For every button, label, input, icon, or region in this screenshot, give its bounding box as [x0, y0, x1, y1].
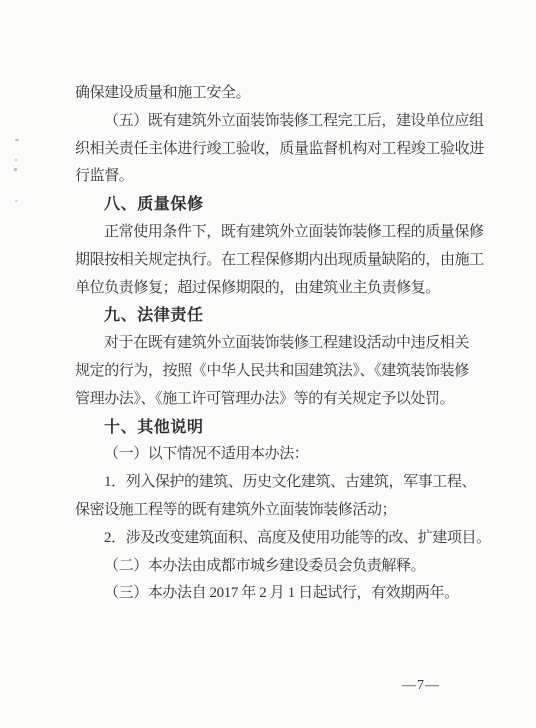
text-line: 1．列入保护的建筑、历史文化建筑、古建筑，军事工程、: [75, 469, 491, 497]
scan-speck: [14, 168, 17, 171]
text-line: 对于在既有建筑外立面装饰装修工程建设活动中违反相关: [75, 330, 491, 358]
text-line: （三）本办法自 2017 年 2 月 1 日起试行，有效期两年。: [75, 580, 491, 608]
text-line: 期限按相关规定执行。在工程保修期内出现质量缺陷的，由施工: [75, 247, 491, 275]
text-line: 行监督。: [75, 163, 491, 191]
text-line: 管理办法》、《施工许可管理办法》等的有关规定予以处罚。: [75, 386, 491, 414]
text-line: 2．涉及改变建筑面积、高度及使用功能等的改、扩建项目。: [75, 525, 491, 553]
text-line: （一）以下情况不适用本办法：: [75, 441, 491, 469]
section-heading: 九、法律责任: [75, 302, 491, 330]
text-line: 单位负责修复；超过保修期限的，由建筑业主负责修复。: [75, 275, 491, 303]
text-line: （二）本办法由成都市城乡建设委员会负责解释。: [75, 553, 491, 581]
scan-speck: [15, 159, 17, 161]
text-line: 保密设施工程等的既有建筑外立面装饰装修活动；: [75, 497, 491, 525]
scan-speck: [15, 139, 19, 141]
text-line: 规定的行为，按照《中华人民共和国建筑法》、《建筑装饰装修: [75, 358, 491, 386]
text-line: 正常使用条件下，既有建筑外立面装饰装修工程的质量保修: [75, 219, 491, 247]
document-body: 确保建设质量和施工安全。（五）既有建筑外立面装饰装修工程完工后，建设单位应组织相…: [75, 80, 491, 608]
text-line: （五）既有建筑外立面装饰装修工程完工后，建设单位应组: [75, 108, 491, 136]
text-line: 确保建设质量和施工安全。: [75, 80, 491, 108]
document-page: 确保建设质量和施工安全。（五）既有建筑外立面装饰装修工程完工后，建设单位应组织相…: [0, 0, 536, 728]
page-number: —7—: [402, 678, 440, 694]
text-line: 织相关责任主体进行竣工验收，质量监督机构对工程竣工验收进: [75, 136, 491, 164]
section-heading: 十、其他说明: [75, 414, 491, 442]
scan-speck: [15, 200, 18, 202]
section-heading: 八、质量保修: [75, 191, 491, 219]
